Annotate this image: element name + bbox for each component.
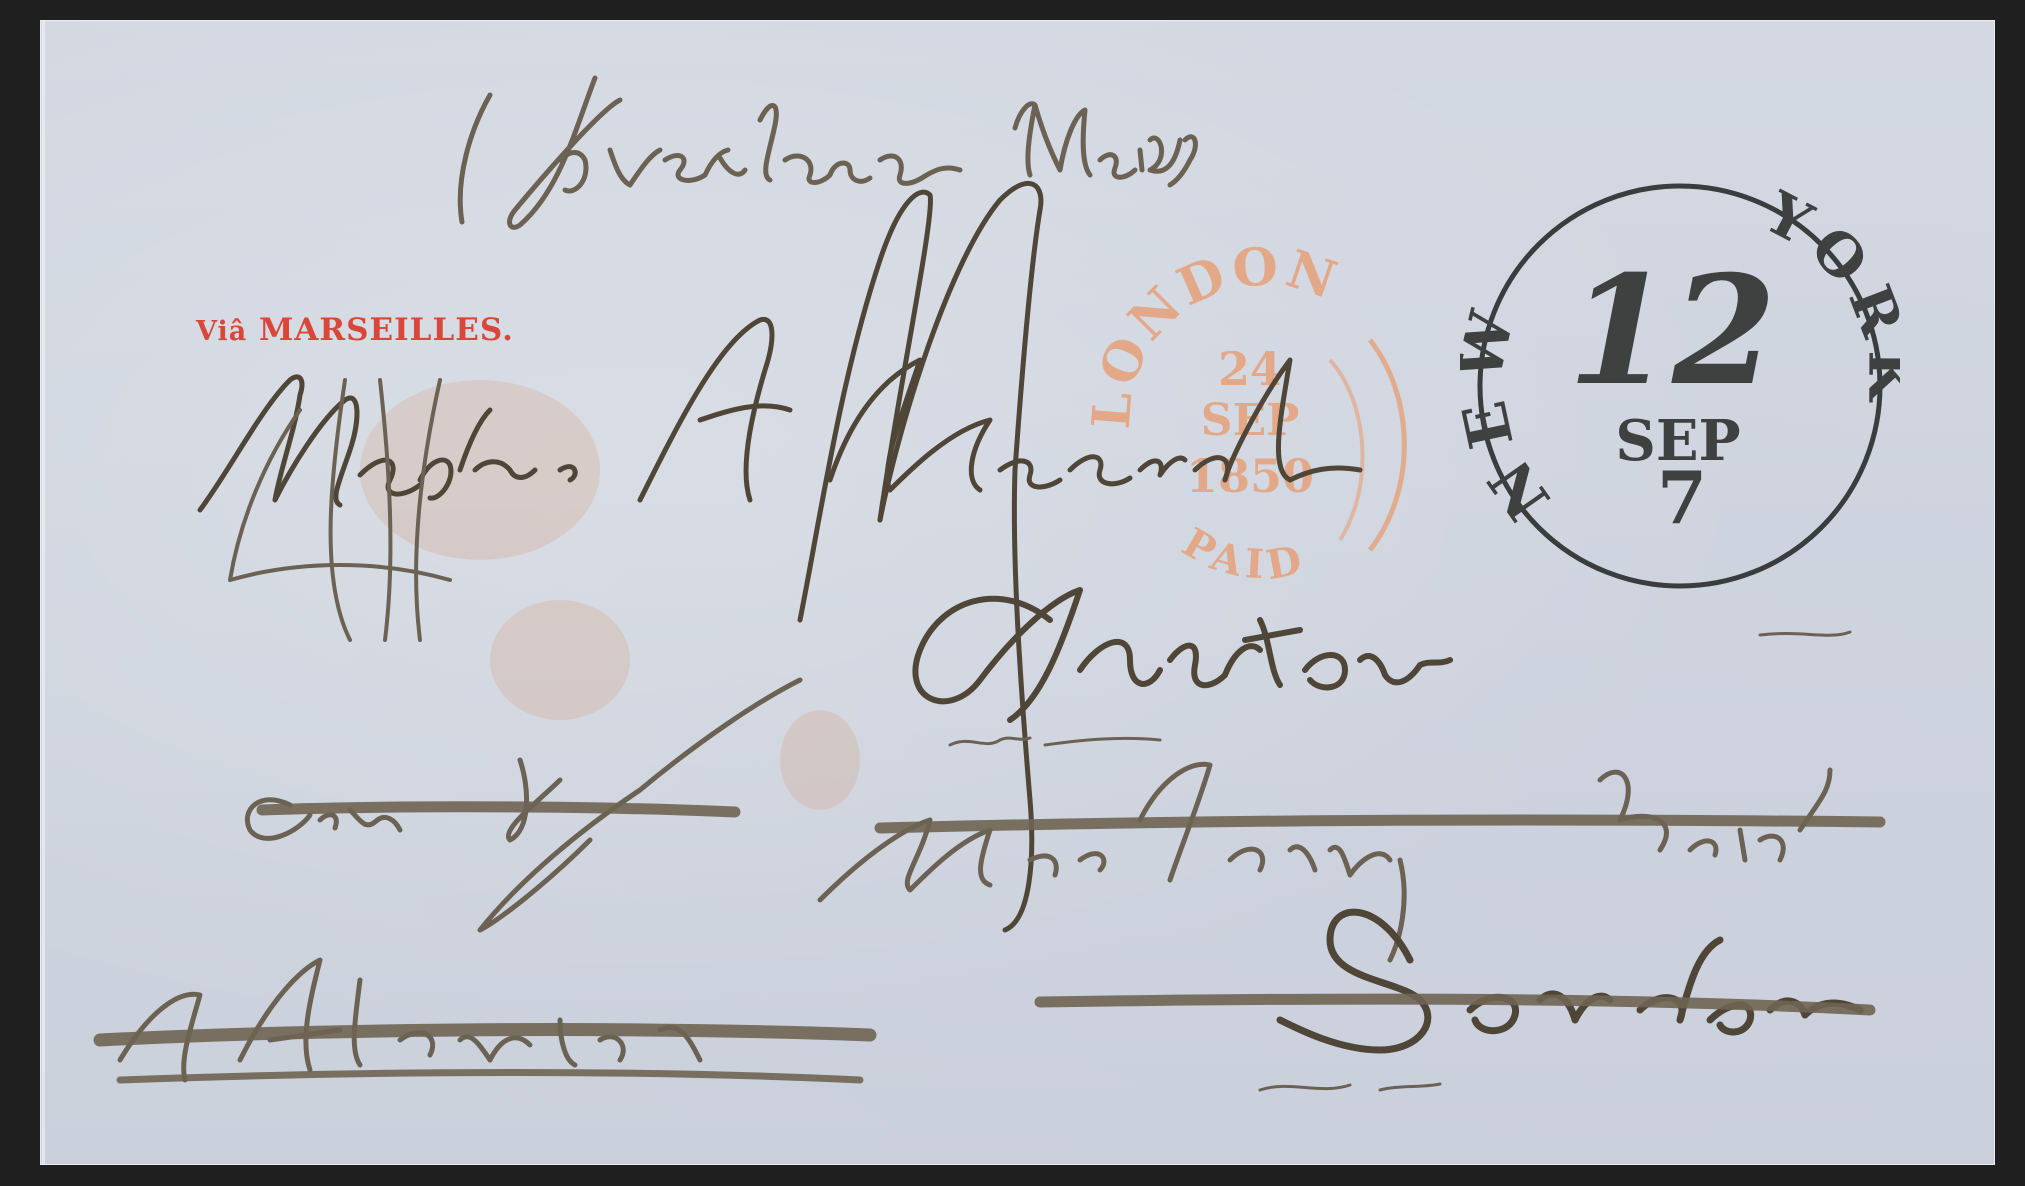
- london-paid-postmark: LONDON 24 SEP 1850 PAID: [1060, 220, 1460, 620]
- via-city: MARSEILLES.: [259, 312, 514, 348]
- via-prefix: Viâ: [196, 316, 247, 347]
- ny-day: 7: [1657, 455, 1707, 540]
- ny-arc-left: NEW: [1460, 291, 1564, 532]
- svg-text:PAID: PAID: [1174, 519, 1311, 589]
- london-paid-text: PAID: [1174, 519, 1311, 589]
- via-marseilles-handstamp: Viâ MARSEILLES.: [196, 312, 514, 348]
- london-month: SEP: [1201, 395, 1299, 446]
- london-year: 1850: [1186, 449, 1314, 503]
- london-day: 24: [1218, 342, 1282, 396]
- new-york-postmark: NEW YORK 12 SEP 7: [1460, 168, 1900, 608]
- ny-rate: 12: [1568, 243, 1777, 419]
- cover-fold-edge: [42, 20, 45, 1165]
- svg-text:NEW: NEW: [1460, 291, 1564, 532]
